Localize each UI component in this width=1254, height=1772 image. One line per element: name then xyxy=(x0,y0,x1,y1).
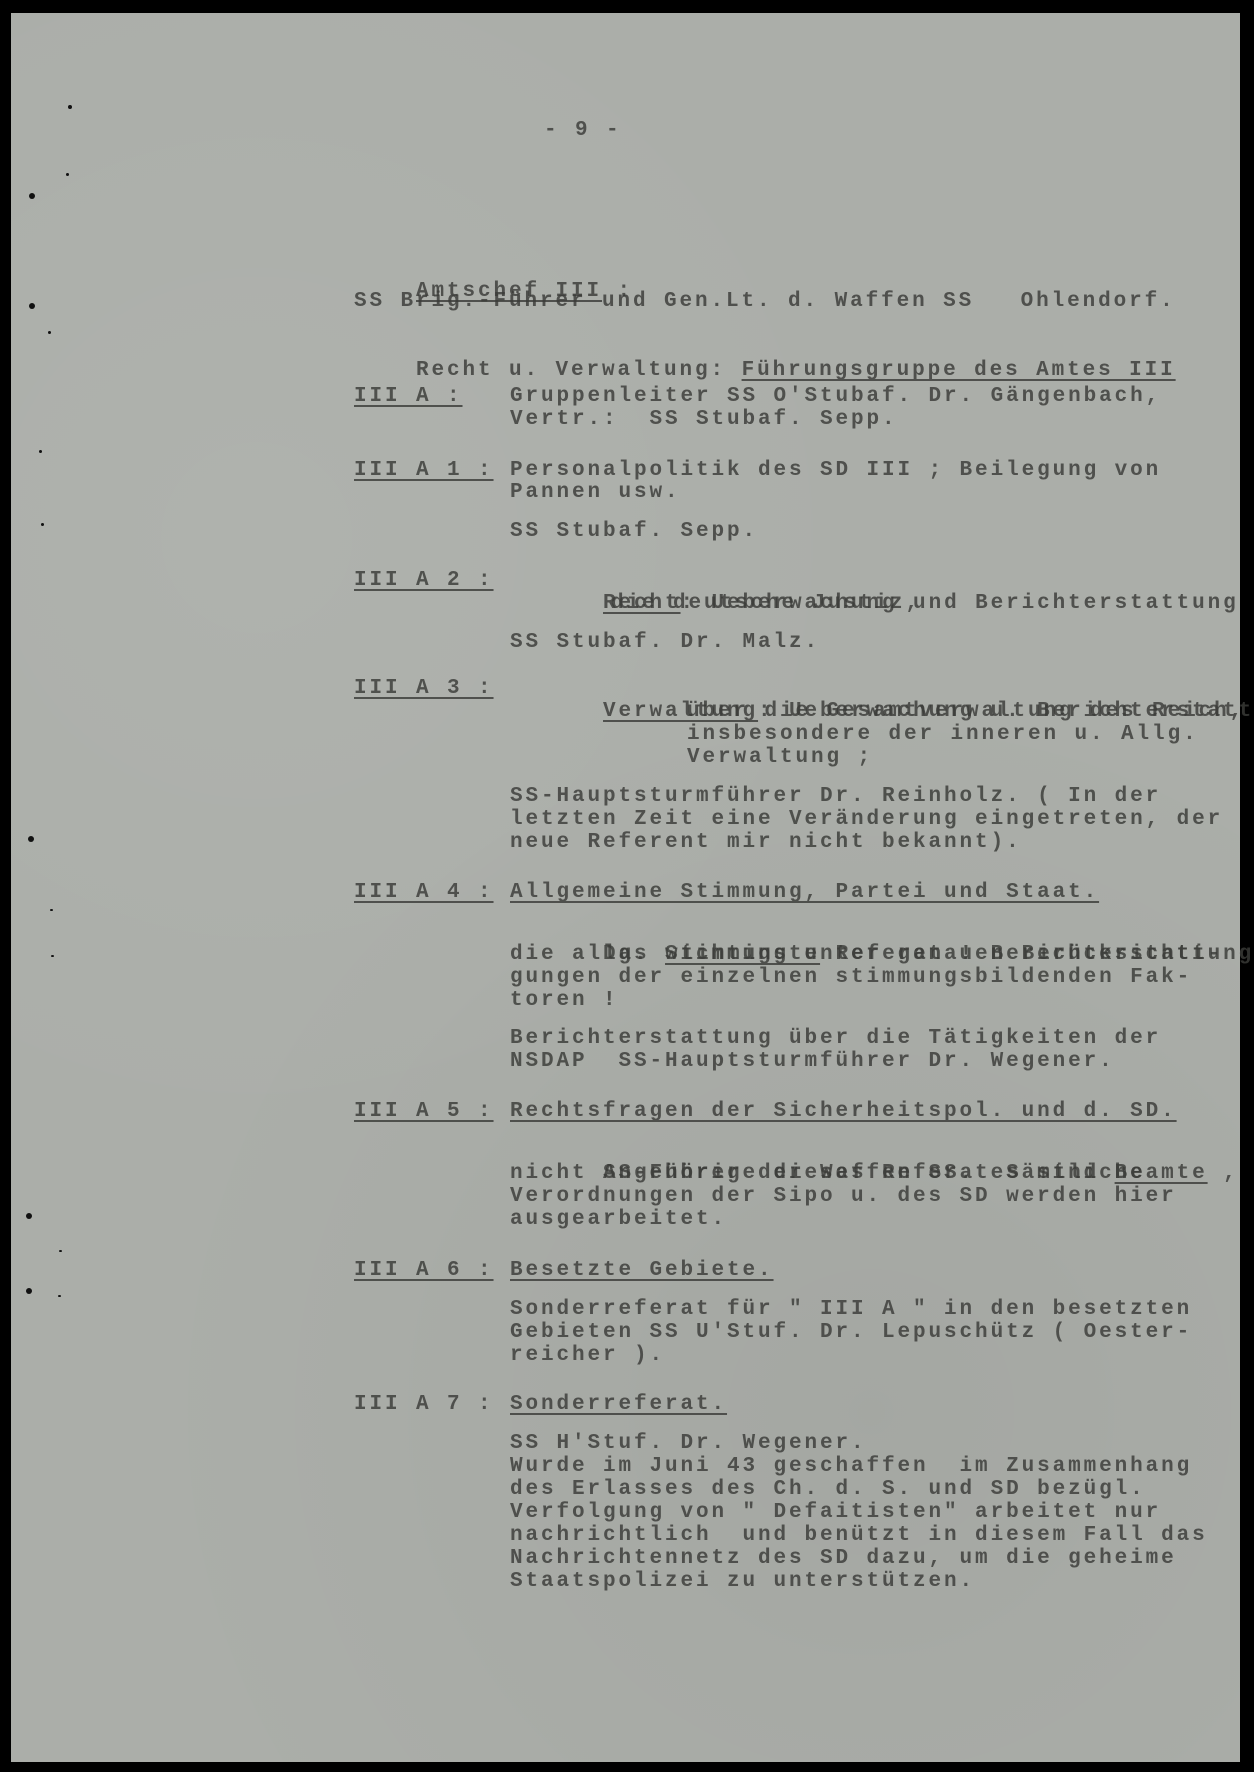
margin-dot xyxy=(28,836,34,842)
section-label: III A 5 : xyxy=(354,1100,494,1123)
section-sub-line: neue Referent mir nicht bekannt). xyxy=(510,831,1022,854)
section-line: über die Gesamtverwaltung des Reich, xyxy=(687,700,1245,723)
heading-line-1: SS Brig.-Führer und Gen.Lt. d. Waffen SS… xyxy=(354,290,1176,313)
section-sub-line: SS-Hauptsturmführer Dr. Reinholz. ( In d… xyxy=(510,785,1161,808)
section-sub-line: SS Stubaf. Sepp. xyxy=(510,520,758,543)
margin-dot xyxy=(29,193,35,199)
section-title: Besetzte Gebiete. xyxy=(510,1259,774,1282)
section-line: Pannen usw. xyxy=(510,481,681,504)
margin-dot xyxy=(26,1288,32,1294)
section-line: reicher ). xyxy=(510,1344,665,1367)
section-line: Nachrichtennetz des SD dazu, um die gehe… xyxy=(510,1547,1177,1570)
section-line: toren ! xyxy=(510,989,619,1012)
section-sub-line: letzten Zeit eine Veränderung eingetrete… xyxy=(510,808,1223,831)
section-line: Verwaltung ; xyxy=(687,746,873,769)
section-line: nicht SS-Führer der Waffen SS. Sämtliche xyxy=(510,1162,1146,1185)
section-label: III A : xyxy=(354,385,463,408)
margin-dot xyxy=(66,173,69,176)
section-line: des Erlasses des Ch. d. S. und SD bezügl… xyxy=(510,1478,1146,1501)
section-line: Staatspolizei zu unterstützen. xyxy=(510,1570,975,1593)
margin-dot xyxy=(59,1250,62,1252)
margin-dot xyxy=(58,1295,61,1297)
section-title: Sonderreferat. xyxy=(510,1393,727,1416)
section-line: nachrichtlich und benützt in diesem Fall… xyxy=(510,1524,1208,1547)
section-line: Wurde im Juni 43 geschaffen im Zusammenh… xyxy=(510,1455,1192,1478)
document-page: - 9 - Amtschef III : SS Brig.-Führer und… xyxy=(11,13,1240,1762)
section-label: III A 2 : xyxy=(354,569,494,592)
section-label: III A 6 : xyxy=(354,1259,494,1282)
para-rest: , xyxy=(1208,1162,1239,1185)
section-label: III A 4 : xyxy=(354,881,494,904)
section-sub-line: SS Stubaf. Dr. Malz. xyxy=(510,631,820,654)
section-label: III A 1 : xyxy=(354,459,494,482)
section-line: gungen der einzelnen stimmungsbildenden … xyxy=(510,966,1192,989)
section-line: SS H'Stuf. Dr. Wegener. xyxy=(510,1432,867,1455)
margin-dot xyxy=(41,523,44,526)
section-line: Verordnungen der Sipo u. des SD werden h… xyxy=(510,1185,1177,1208)
section-line: insbesondere der inneren u. Allg. xyxy=(687,723,1199,746)
section-line: Gruppenleiter SS O'Stubaf. Dr. Gängenbac… xyxy=(510,385,1161,408)
section-line: Sonderreferat für " III A " in den beset… xyxy=(510,1298,1192,1321)
margin-dot xyxy=(29,303,35,309)
margin-dot xyxy=(39,450,42,453)
section-title: Allgemeine Stimmung, Partei und Staat. xyxy=(510,881,1099,904)
section-line: Gebieten SS U'Stuf. Dr. Lepuschütz ( Oes… xyxy=(510,1321,1192,1344)
section-sub-line: NSDAP SS-Hauptsturmführer Dr. Wegener. xyxy=(510,1050,1115,1073)
section-line: die allg. Stimmung unter genauen Berücks… xyxy=(510,943,1223,966)
section-label: III A 3 : xyxy=(354,677,494,700)
margin-dot xyxy=(51,955,54,957)
margin-dot xyxy=(50,909,53,911)
section-line: die deutsche Justiz, xyxy=(611,592,921,615)
margin-dot xyxy=(26,1213,32,1219)
margin-dot xyxy=(48,331,51,334)
section-line: Personalpolitik des SD III ; Beilegung v… xyxy=(510,459,1161,482)
heading-line-2-prefix: Recht u. Verwaltung: xyxy=(416,359,742,382)
heading-line-2-underlined: Führungsgruppe des Amtes III xyxy=(742,359,1176,382)
section-sub-line: Berichterstattung über die Tätigkeiten d… xyxy=(510,1027,1161,1050)
section-line: Vertr.: SS Stubaf. Sepp. xyxy=(510,408,898,431)
page-number: - 9 - xyxy=(544,119,622,142)
section-line: ausgearbeitet. xyxy=(510,1208,727,1231)
section-title: Rechtsfragen der Sicherheitspol. und d. … xyxy=(510,1100,1177,1123)
section-line: Verfolgung von " Defaitisten" arbeitet n… xyxy=(510,1501,1161,1524)
margin-dot xyxy=(68,105,72,109)
section-label: III A 7 : xyxy=(354,1393,494,1416)
